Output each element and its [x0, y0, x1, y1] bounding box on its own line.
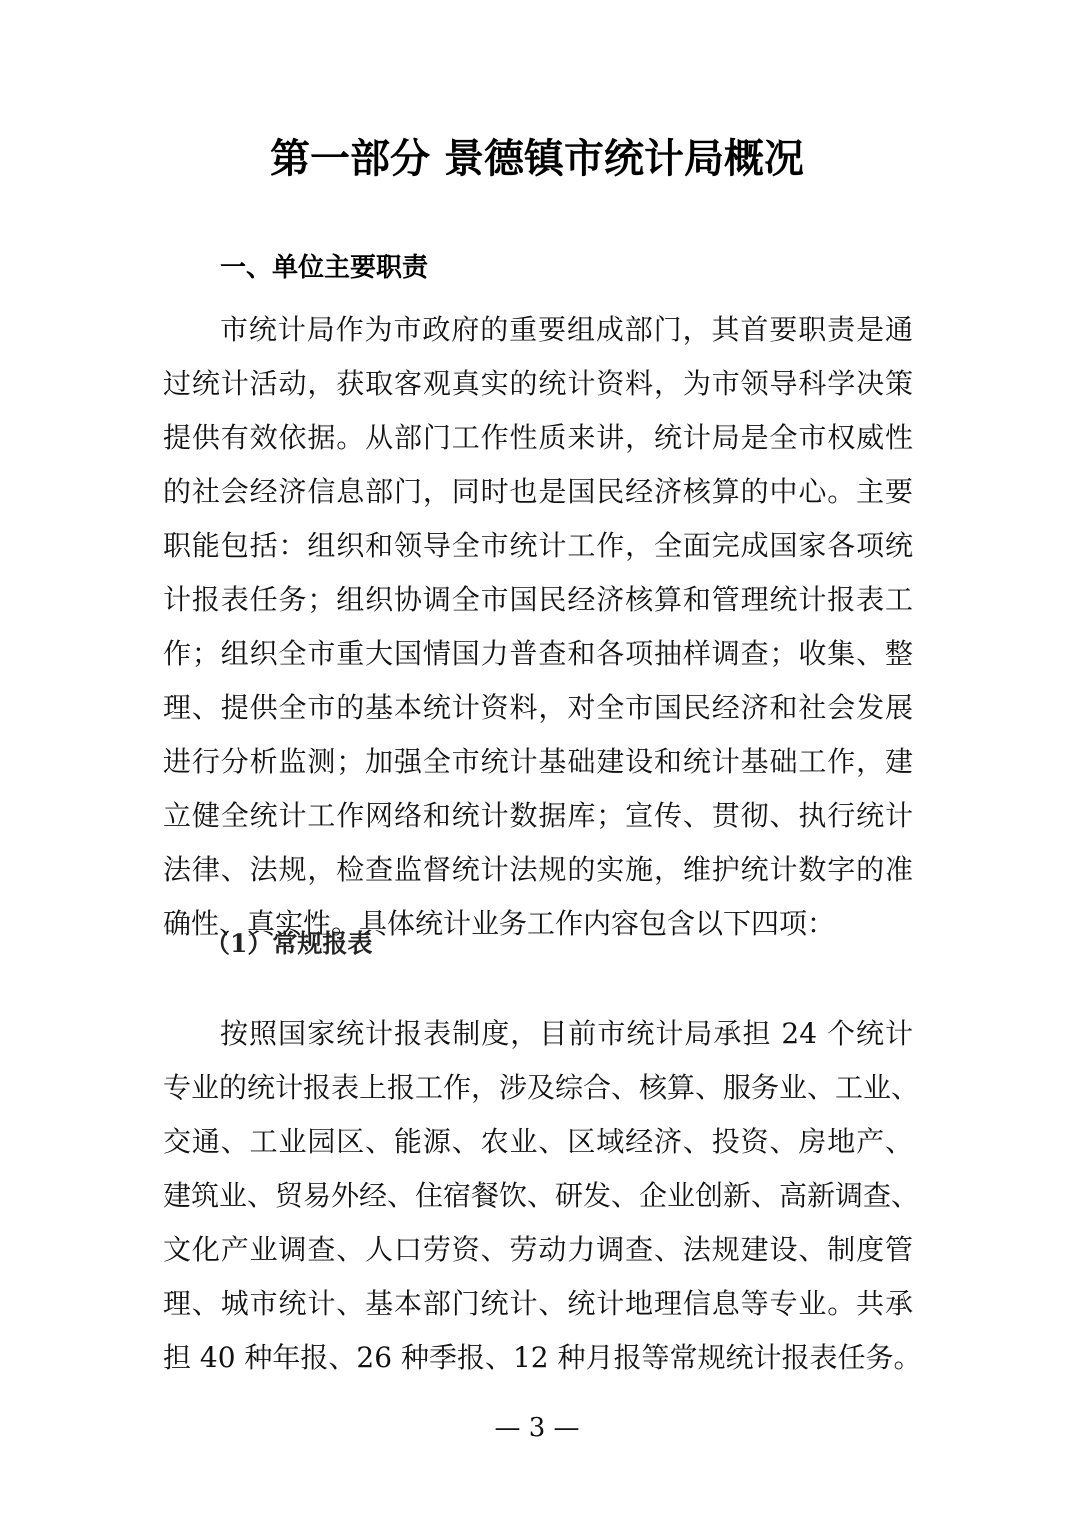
text-line: 担 40 种年报、26 种季报、12 种月报等常规统计报表任务。 — [163, 1338, 913, 1378]
text-line: 过统计活动，获取客观真实的统计资料，为市领导科学决策 — [163, 364, 913, 404]
text-line: 的社会经济信息部门，同时也是国民经济核算的中心。主要 — [163, 472, 913, 512]
text-line: 建筑业、贸易外经、住宿餐饮、研发、企业创新、高新调查、 — [163, 1176, 913, 1216]
text-line: 按照国家统计报表制度，目前市统计局承担 24 个统计 — [220, 1014, 913, 1054]
text-line: 计报表任务；组织协调全市国民经济核算和管理统计报表工 — [163, 580, 913, 620]
text-line: 作；组织全市重大国情国力普查和各项抽样调查；收集、整 — [163, 634, 913, 674]
text-line: 法律、法规，检查监督统计法规的实施，维护统计数字的准 — [163, 850, 913, 890]
text-line: 交通、工业园区、能源、农业、区域经济、投资、房地产、 — [163, 1122, 913, 1162]
text-line: 专业的统计报表上报工作，涉及综合、核算、服务业、工业、 — [163, 1068, 913, 1108]
section-heading: 一、单位主要职责 — [220, 248, 428, 288]
text-line: 进行分析监测；加强全市统计基础建设和统计基础工作，建 — [163, 742, 913, 782]
text-line: 提供有效依据。从部门工作性质来讲，统计局是全市权威性 — [163, 418, 913, 458]
page-title: 第一部分 景德镇市统计局概况 — [0, 133, 1074, 185]
text-line: 职能包括：组织和领导全市统计工作，全面完成国家各项统 — [163, 526, 913, 566]
page-number: — 3 — — [0, 1408, 1074, 1448]
text-line: 市统计局作为市政府的重要组成部门，其首要职责是通 — [220, 310, 913, 350]
text-line: 文化产业调查、人口劳资、劳动力调查、法规建设、制度管 — [163, 1230, 913, 1270]
subsection-heading: （1）常规报表 — [205, 924, 372, 964]
text-line: 理、提供全市的基本统计资料，对全市国民经济和社会发展 — [163, 688, 913, 728]
text-line: 立健全统计工作网络和统计数据库；宣传、贯彻、执行统计 — [163, 796, 913, 836]
text-line: 理、城市统计、基本部门统计、统计地理信息等专业。共承 — [163, 1284, 913, 1324]
